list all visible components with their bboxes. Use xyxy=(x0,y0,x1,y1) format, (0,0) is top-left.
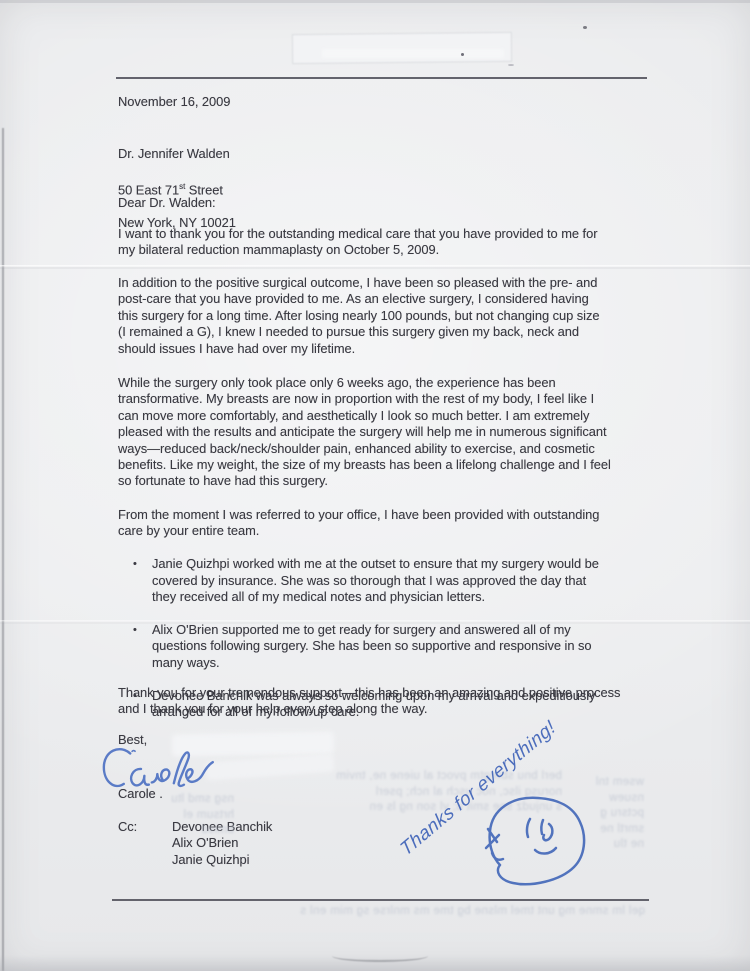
bleed-through-text: nsg smd ltu hrtsum el bmisd xyxy=(84,792,234,839)
fold-crease-upper xyxy=(0,265,750,269)
bullet-item-alix: • Alix O'Brien supported me to get ready… xyxy=(130,622,690,671)
paragraph-3: While the surgery only took place only 6… xyxy=(118,375,678,490)
bullet-icon: • xyxy=(130,556,152,605)
letterhead-divider-line xyxy=(116,77,647,79)
bullet-item-janie: • Janie Quizhpi worked with me at the ou… xyxy=(130,556,690,605)
ink-speck xyxy=(583,26,587,29)
scan-left-edge xyxy=(2,128,4,971)
paragraph-4: From the moment I was referred to your o… xyxy=(118,507,678,540)
footer-divider-line xyxy=(112,899,649,901)
ink-speck xyxy=(461,53,464,56)
scanned-letter-page: November 16, 2009 Dr. Jennifer Walden 50… xyxy=(0,0,750,971)
smiley-face-doodle-icon xyxy=(483,793,595,889)
scan-top-edge xyxy=(0,0,750,3)
letter-date: November 16, 2009 xyxy=(118,94,230,110)
paragraph-1: I want to thank you for the outstanding … xyxy=(118,226,678,259)
redacted-letterhead xyxy=(292,32,512,64)
ink-speck xyxy=(508,64,514,66)
bullet-text: Alix O'Brien supported me to get ready f… xyxy=(152,622,592,671)
salutation: Dear Dr. Walden: xyxy=(118,195,216,211)
paragraph-2: In addition to the positive surgical out… xyxy=(118,275,678,357)
closing-paragraph: Thank you for your tremendous support—th… xyxy=(118,685,678,718)
bullet-text: Janie Quizhpi worked with me at the outs… xyxy=(152,556,599,605)
bleed-through-text: qel lm smne mg unt tmel mlsne bg tme ms … xyxy=(120,904,645,920)
bullet-icon: • xyxy=(130,622,152,671)
paper-bottom-curl xyxy=(332,950,428,962)
recipient-name: Dr. Jennifer Walden xyxy=(118,146,236,162)
redacted-letterhead-smudge xyxy=(322,49,504,58)
